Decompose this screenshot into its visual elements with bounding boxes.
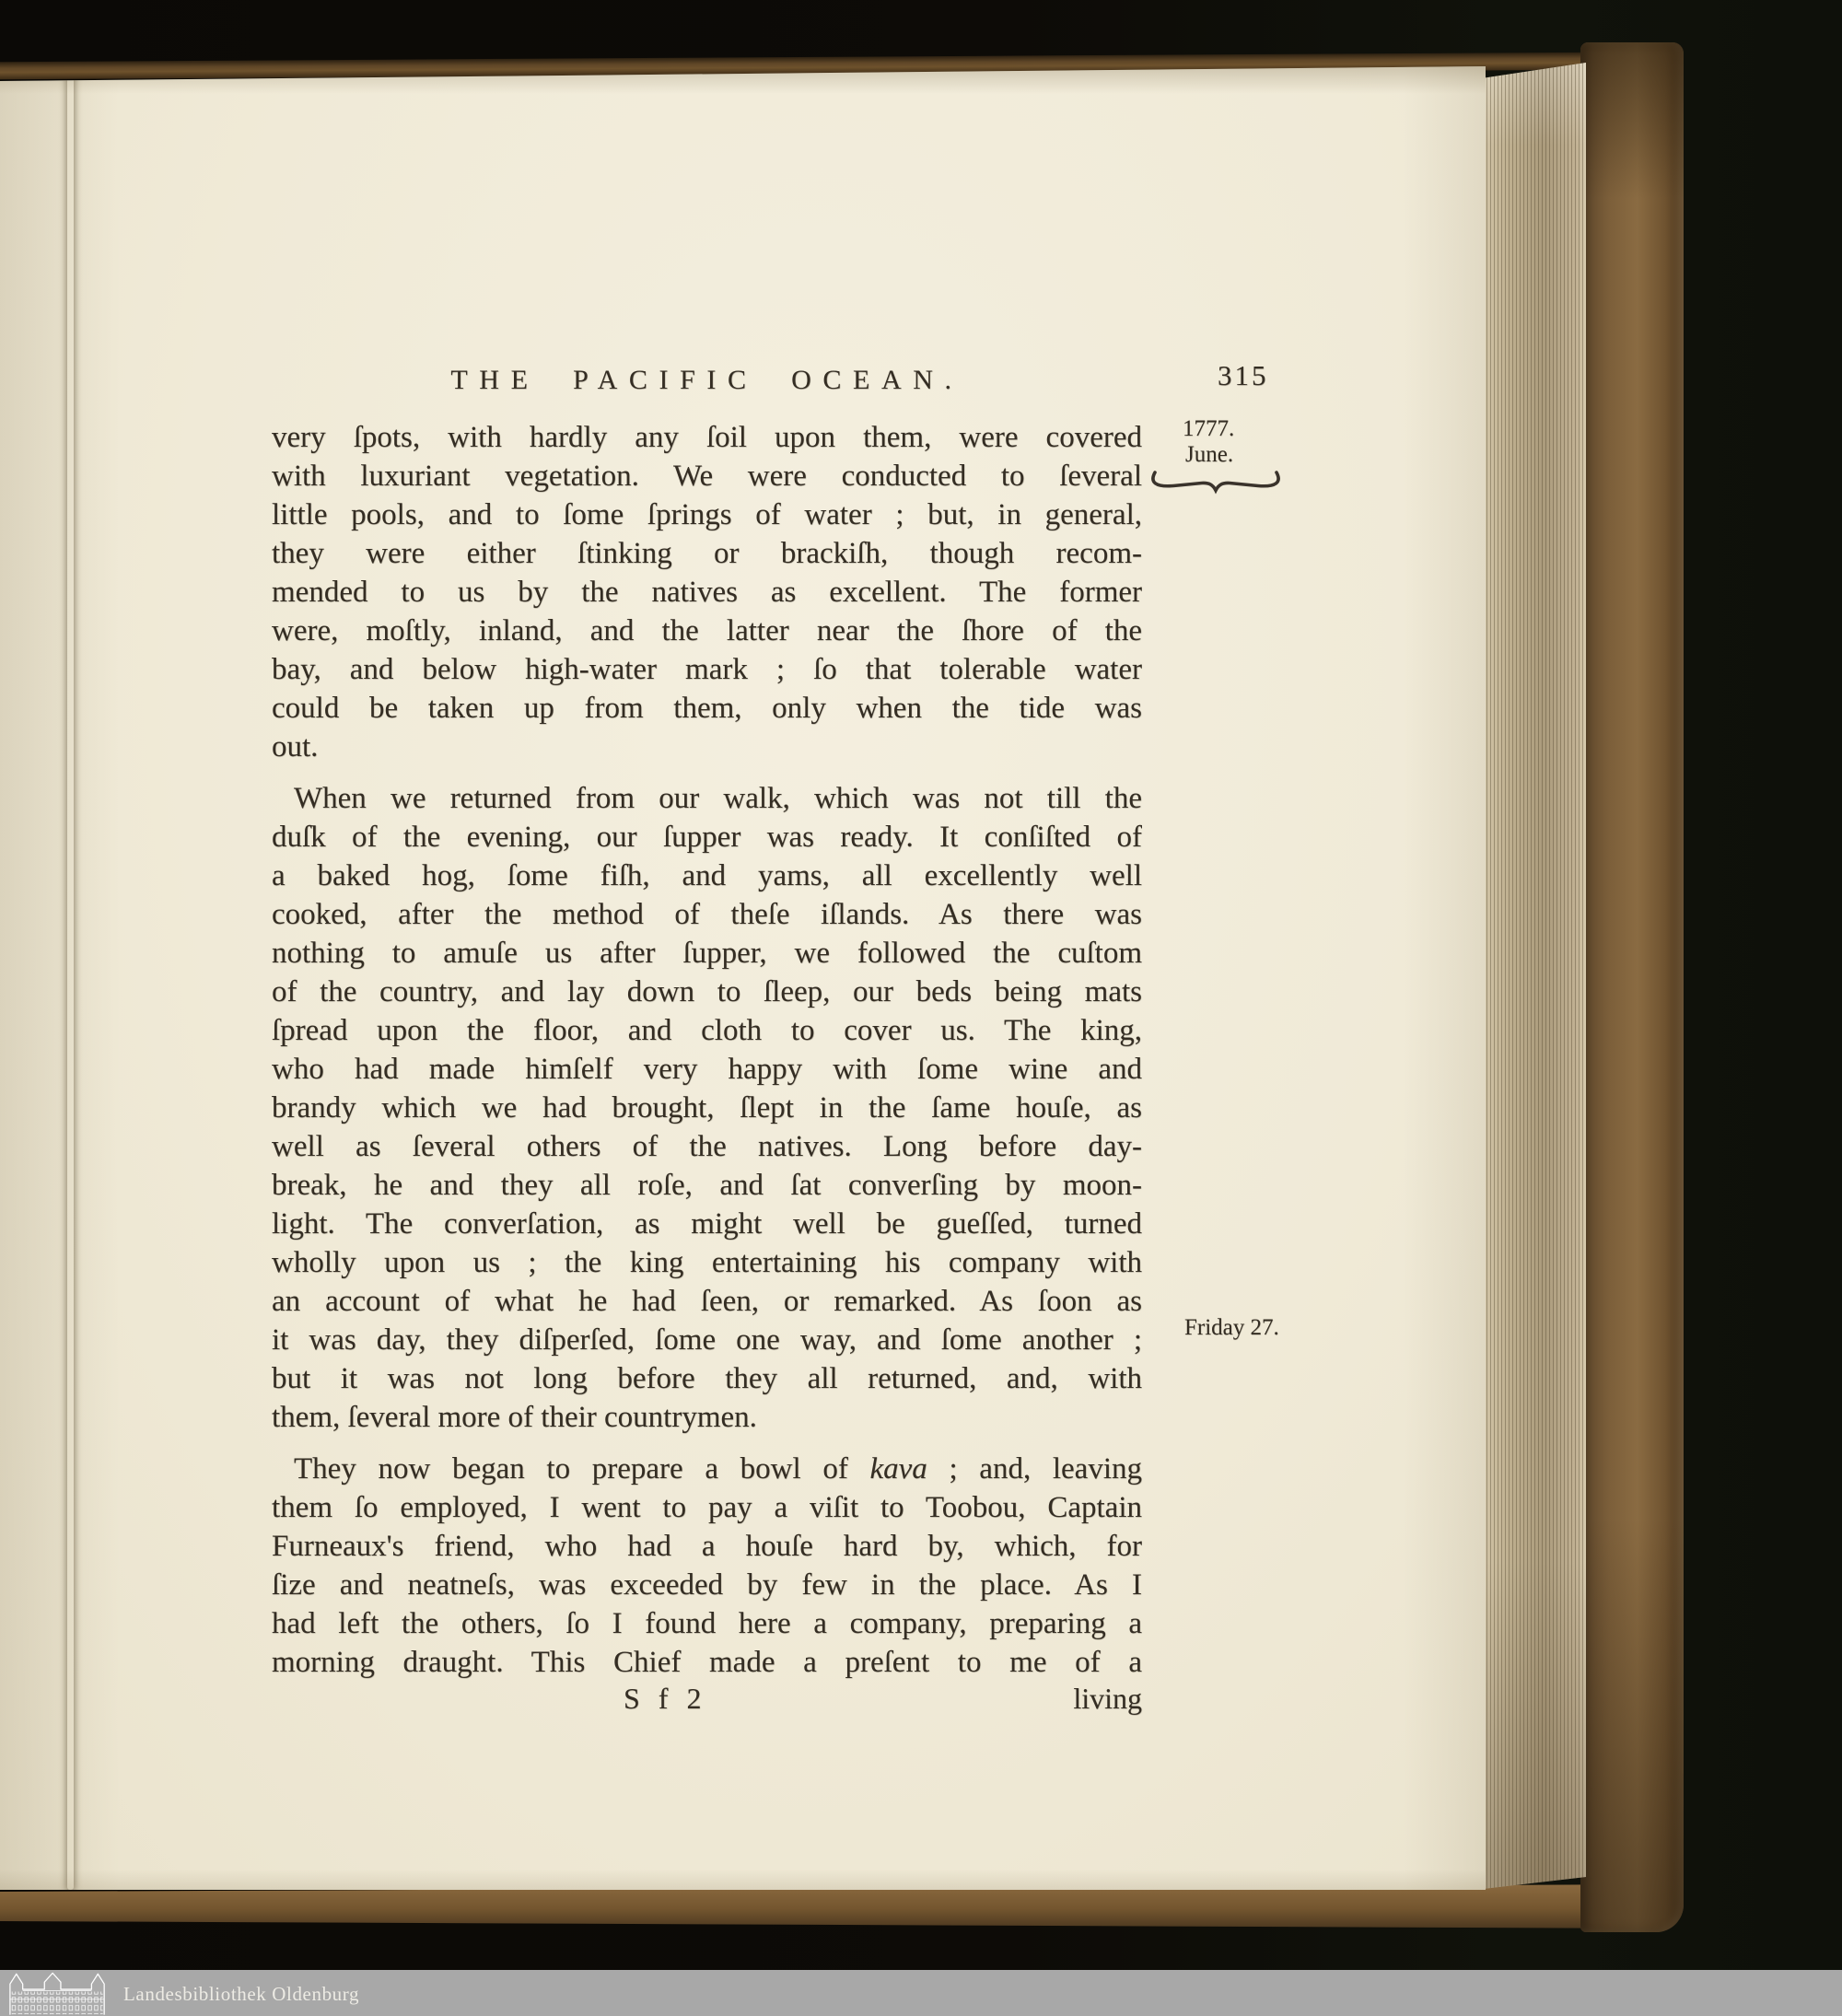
paragraph: They now began to prepare a bowl of kava… <box>272 1450 1142 1682</box>
printed-page-content: THE PACIFIC OCEAN. 315 1777. June. Frida… <box>0 66 1486 1890</box>
margin-note-month: June. <box>1183 442 1234 468</box>
book-cover-bottom-edge <box>0 1884 1674 1929</box>
text-line: who had made himſelf very happy with ſom… <box>272 1050 1142 1089</box>
text-line: it was day, they diſperſed, ſome one way… <box>272 1321 1142 1359</box>
text-line: morning draught. This Chief made a preſe… <box>272 1643 1142 1682</box>
text-line: well as ſeveral others of the natives. L… <box>272 1127 1142 1166</box>
book-scan-photo: THE PACIFIC OCEAN. 315 1777. June. Frida… <box>0 0 1842 2016</box>
book-fore-edge-pages <box>1475 63 1586 1890</box>
margin-note-date: 1777. June. <box>1183 416 1234 468</box>
text-line: little pools, and to ſome ſprings of wat… <box>272 495 1142 534</box>
margin-note-day: Friday 27. <box>1184 1315 1279 1341</box>
signature-row: S f 2 living <box>272 1682 1142 1722</box>
text-line: bay, and below high-water mark ; ſo that… <box>272 650 1142 689</box>
text-line: out. <box>272 728 1142 766</box>
paragraph: very ſpots, with hardly any ſoil upon th… <box>272 418 1142 766</box>
library-footer-bar: Landesbibliothek Oldenburg <box>0 1970 1842 2016</box>
underbrace-mark <box>1148 468 1283 495</box>
margin-note-year: 1777. <box>1183 416 1234 442</box>
text-line: light. The converſation, as might well b… <box>272 1205 1142 1243</box>
library-name-label: Landesbibliothek Oldenburg <box>123 1970 359 2016</box>
text-line: ſize and neatneſs, was exceeded by few i… <box>272 1566 1142 1604</box>
text-line: cooked, after the method of theſe iſland… <box>272 895 1142 934</box>
text-line: wholly upon us ; the king entertaining h… <box>272 1243 1142 1282</box>
text-line: Furneaux's friend, who had a houſe hard … <box>272 1527 1142 1566</box>
text-line: a baked hog, ſome fiſh, and yams, all ex… <box>272 857 1142 895</box>
text-line: an account of what he had ſeen, or remar… <box>272 1282 1142 1321</box>
text-line: very ſpots, with hardly any ſoil upon th… <box>272 418 1142 457</box>
book-cover-right-board <box>1580 42 1684 1932</box>
text-line: with luxuriant vegetation. We were condu… <box>272 457 1142 495</box>
text-line: nothing to amuſe us after ſupper, we fol… <box>272 934 1142 973</box>
text-line: ſpread upon the floor, and cloth to cove… <box>272 1011 1142 1050</box>
text-line: duſk of the evening, our ſupper was read… <box>272 818 1142 857</box>
text-line: them ſo employed, I went to pay a viſit … <box>272 1488 1142 1527</box>
body-text: very ſpots, with hardly any ſoil upon th… <box>272 418 1142 1722</box>
text-line: had left the others, ſo I found here a c… <box>272 1604 1142 1643</box>
text-line: them, ſeveral more of their countrymen. <box>272 1398 1142 1437</box>
text-line: brandy which we had brought, ſlept in th… <box>272 1089 1142 1127</box>
text-line: break, he and they all roſe, and ſat con… <box>272 1166 1142 1205</box>
text-line: they were either ſtinking or brackiſh, t… <box>272 534 1142 573</box>
text-line: but it was not long before they all retu… <box>272 1359 1142 1398</box>
catchword: living <box>1073 1682 1142 1716</box>
running-title: THE PACIFIC OCEAN. <box>272 365 1142 396</box>
text-line: could be taken up from them, only when t… <box>272 689 1142 728</box>
text-line: When we returned from our walk, which wa… <box>272 779 1142 818</box>
book-page: THE PACIFIC OCEAN. 315 1777. June. Frida… <box>0 66 1486 1890</box>
paragraph-list: very ſpots, with hardly any ſoil upon th… <box>272 418 1142 1682</box>
paragraph: When we returned from our walk, which wa… <box>272 779 1142 1437</box>
page-number: 315 <box>1218 359 1269 392</box>
text-line: mended to us by the natives as excellent… <box>272 573 1142 612</box>
text-line: were, moſtly, inland, and the latter nea… <box>272 612 1142 650</box>
text-line: They now began to prepare a bowl of kava… <box>272 1450 1142 1488</box>
text-line: of the country, and lay down to ſleep, o… <box>272 973 1142 1011</box>
library-building-logo <box>5 1971 113 2015</box>
signature-mark: S f 2 <box>624 1682 706 1716</box>
